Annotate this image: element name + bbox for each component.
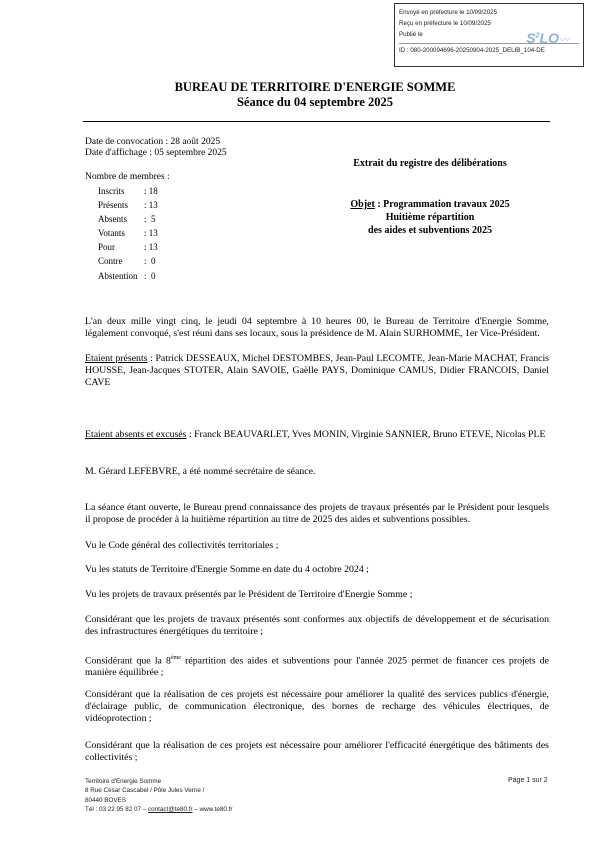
member-count-label: Votants [98,226,144,240]
c2-text-a: Considérant que la 8 [85,655,171,666]
stamp-sent: Envoyé en préfecture le 10/09/2025 [399,7,579,18]
member-count-row: Absents: 5 [98,212,174,226]
subject-block: Objet : Programmation travaux 2025 Huiti… [310,198,550,237]
document-header: BUREAU DE TERRITOIRE D'ENERGIE SOMME Séa… [80,80,550,110]
absents-label: Etaient absents et excusés [85,429,186,440]
vu-projets: Vu les projets de travaux présentés par … [85,589,549,601]
member-count-row: Contre: 0 [98,254,174,268]
considerant-repartition: Considérant que la 8ème répartition des … [85,652,549,680]
footer-org: Territoire d'Energie Somme [85,777,232,786]
header-divider [83,121,550,122]
subject-line2: Huitième répartition [310,211,550,224]
member-count-row: Pour: 13 [98,240,174,254]
presents-list: : Patrick DESSEAUX, Michel DESTOMBES, Je… [85,353,549,388]
member-count-label: Absents [98,212,144,226]
considerant-qualite: Considérant que la réalisation de ces pr… [85,689,549,726]
member-count-label: Inscrits [98,184,144,198]
footer-tel: Tél : 03 22 95 82 07 – [85,806,148,813]
member-count-row: Votants: 13 [98,226,174,240]
presents-label: Etaient présents [85,353,147,364]
member-count-label: Contre [98,254,144,268]
member-count-row: Inscrits: 18 [98,184,174,198]
secretary-paragraph: M. Gérard LEFEBVRE, a été nommé secrétai… [85,466,549,478]
member-count-label: Présents [98,198,144,212]
footer-street: 8 Rue César Cascabel / Pôle Jules Verne … [85,786,232,795]
footer-city: 80440 BOVES [85,796,232,805]
member-count-label: Abstention [98,269,144,283]
vu-statuts: Vu les statuts de Territoire d'Energie S… [85,564,549,576]
members-table: Inscrits: 18Présents: 13Absents: 5Votant… [98,184,174,283]
subject-line3: des aides et subventions 2025 [310,224,550,237]
subject-label: Objet [350,199,374,210]
member-count-value: : 13 [144,226,174,240]
member-count-value: : 18 [144,184,174,198]
prefecture-stamp: Envoyé en préfecture le 10/09/2025 Reçu … [394,3,584,67]
s2lo-logo-icon: S2LO〰 [526,30,569,46]
footer-website[interactable]: www.te80.fr [200,806,233,813]
register-extract-title: Extrait du registre des délibérations [310,158,550,169]
vu-cgct: Vu le Code général des collectivités ter… [85,540,549,552]
footer-email-link[interactable]: contact@te80.fr [148,806,193,813]
member-count-row: Abstention: 0 [98,269,174,283]
presents-paragraph: Etaient présents : Patrick DESSEAUX, Mic… [85,353,549,390]
session-paragraph: La séance étant ouverte, le Bureau prend… [85,502,549,526]
page-title: BUREAU DE TERRITOIRE D'ENERGIE SOMME [80,80,550,95]
absents-list: : Franck BEAUVARLET, Yves MONIN, Virgini… [186,429,545,440]
c2-sup: ème [171,655,181,661]
considerant-conformes: Considérant que les projets de travaux p… [85,614,549,638]
page-number: Page 1 sur 2 [508,777,548,784]
intro-paragraph: L'an deux mille vingt cinq, le jeudi 04 … [85,316,549,340]
footer-address: Territoire d'Energie Somme 8 Rue César C… [85,777,232,814]
members-title: Nombre de membres : [85,172,170,183]
wave-icon: 〰 [559,35,569,46]
logo-s: S [526,30,535,46]
dates-block: Date de convocation : 28 août 2025 Date … [85,137,227,159]
member-count-row: Présents: 13 [98,198,174,212]
convocation-date: Date de convocation : 28 août 2025 [85,137,227,148]
absents-paragraph: Etaient absents et excusés : Franck BEAU… [85,429,549,441]
member-count-value: : 13 [144,198,174,212]
member-count-value: : 0 [144,269,174,283]
display-date: Date d'affichage : 05 septembre 2025 [85,148,227,159]
considerant-efficacite: Considérant que la réalisation de ces pr… [85,740,549,764]
session-date: Séance du 04 septembre 2025 [80,95,550,110]
member-count-value: : 13 [144,240,174,254]
member-count-label: Pour [98,240,144,254]
subject-line1: : Programmation travaux 2025 [375,199,510,210]
footer-sep: – [193,806,200,813]
member-count-value: : 5 [144,212,174,226]
logo-rest: LO [540,30,559,46]
stamp-received: Reçu en préfecture le 10/09/2025 [399,18,579,29]
member-count-value: : 0 [144,254,174,268]
